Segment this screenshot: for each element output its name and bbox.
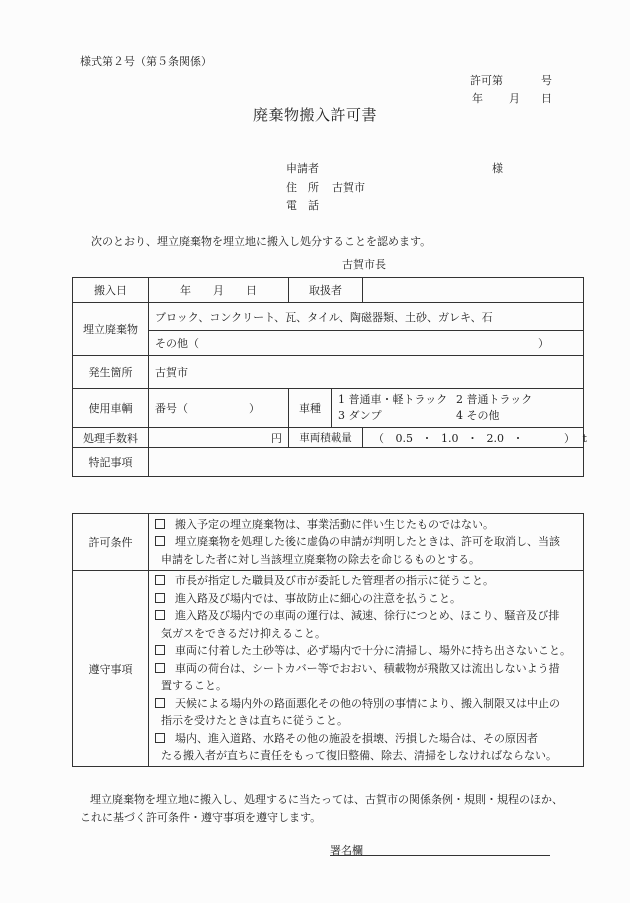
intro-text: 次のとおり、埋立廃棄物を埋立地に搬入し処分することを認めます。	[91, 233, 431, 249]
capacity-option-1-0[interactable]: 1.0	[441, 432, 459, 445]
notes-field[interactable]	[149, 448, 584, 477]
vehicle-type-option-4[interactable]: 4 その他	[456, 409, 500, 422]
pledge-line-2: これに基づく許可条件・遵守事項を遵守します。	[80, 809, 321, 825]
capacity-separator: ・	[467, 432, 478, 445]
rule-item[interactable]: 場内、進入道路、水路その他の施設を損壊、汚損した場合は、その原因者	[155, 730, 577, 748]
fee-label: 処理手数料	[73, 428, 149, 448]
issuer: 古賀市長	[342, 256, 386, 272]
condition-item[interactable]: 埋立廃棄物を処理した後に虚偽の申請が判明したときは、許可を取消し、当該	[155, 533, 577, 551]
vehicle-type-options[interactable]: 1 普通車・軽トラック2 普通トラック 3 ダンプ4 その他	[332, 389, 584, 428]
rule-item[interactable]: 天候による場内外の路面悪化その他の特別の事情により、搬入制限又は中止の	[155, 695, 577, 713]
checkbox-icon[interactable]	[155, 645, 165, 655]
conditions-label: 許可条件	[73, 514, 149, 571]
phone-label: 電 話	[286, 197, 319, 213]
condition-text: 搬入予定の埋立廃棄物は、事業活動に伴い生じたものではない。	[175, 518, 494, 531]
conditions-list: 搬入予定の埋立廃棄物は、事業活動に伴い生じたものではない。 埋立廃棄物を処理した…	[149, 514, 584, 571]
vehicle-label: 使用車輌	[73, 389, 149, 428]
permit-details-table: 搬入日 年 月 日 取扱者 埋立廃棄物 ブロック、コンクリート、瓦、タイル、陶磁…	[72, 277, 584, 477]
checkbox-icon[interactable]	[155, 593, 165, 603]
capacity-option-2-0[interactable]: 2.0	[487, 432, 505, 445]
form-number: 様式第２号（第５条関係）	[80, 53, 212, 69]
issue-date-month: 月	[509, 90, 520, 106]
rule-text: 車両に付着した土砂等は、必ず場内で十分に清掃し、場外に持ち出さないこと。	[175, 644, 571, 657]
rule-text-cont: 指示を受けたときは直ちに従うこと。	[155, 712, 577, 730]
vehicle-number-close: ）	[249, 400, 260, 416]
rule-text: 進入路及び場内では、事故防止に細心の注意を払うこと。	[175, 592, 461, 605]
waste-other-open: その他（	[155, 337, 199, 350]
capacity-separator: ・	[422, 432, 433, 445]
issue-date-year: 年	[472, 90, 483, 106]
vehicle-type-option-1[interactable]: 1 普通車・軽トラック	[338, 392, 456, 408]
notes-label: 特記事項	[73, 448, 149, 477]
pledge-line-1: 埋立廃棄物を埋立地に搬入し、処理するに当たっては、古賀市の関係条例・規則・規程の…	[90, 791, 563, 807]
rule-item[interactable]: 進入路及び場内での車両の運行は、減速、徐行につとめ、ほこり、騒音及び排	[155, 607, 577, 625]
checkbox-icon[interactable]	[155, 698, 165, 708]
vehicle-number-open: 番号（	[155, 402, 188, 415]
waste-types: ブロック、コンクリート、瓦、タイル、陶磁器類、土砂、ガレキ、石	[149, 303, 584, 331]
capacity-separator: ・	[513, 432, 524, 445]
origin-label: 発生箇所	[73, 356, 149, 389]
conditions-table: 許可条件 搬入予定の埋立廃棄物は、事業活動に伴い生じたものではない。 埋立廃棄物…	[72, 513, 584, 767]
vehicle-type-option-2[interactable]: 2 普通トラック	[456, 393, 532, 406]
waste-other-close: ）	[538, 335, 549, 351]
rule-item[interactable]: 車両に付着した土砂等は、必ず場内で十分に清掃し、場外に持ち出さないこと。	[155, 642, 577, 660]
capacity-open: （	[373, 432, 384, 445]
fee-unit: 円	[271, 432, 282, 445]
capacity-label: 車両積載量	[289, 428, 363, 448]
applicant-honorific: 様	[492, 160, 503, 176]
rule-text-cont: 置すること。	[155, 677, 577, 695]
condition-item[interactable]: 搬入予定の埋立廃棄物は、事業活動に伴い生じたものではない。	[155, 516, 577, 534]
capacity-close: ）	[564, 432, 575, 445]
permit-number-suffix: 号	[541, 72, 552, 88]
checkbox-icon[interactable]	[155, 610, 165, 620]
handler-field[interactable]	[363, 278, 584, 303]
condition-text-cont: 申請をした者に対し当該埋立廃棄物の除去を命じるものとする。	[155, 551, 577, 569]
fee-field[interactable]: 円	[149, 428, 289, 448]
rules-list: 市長が指定した職員及び市が委託した管理者の指示に従うこと。 進入路及び場内では、…	[149, 571, 584, 767]
rule-text-cont: 気ガスをできるだけ抑えること。	[155, 625, 577, 643]
rule-text: 天候による場内外の路面悪化その他の特別の事情により、搬入制限又は中止の	[175, 697, 560, 710]
checkbox-icon[interactable]	[155, 733, 165, 743]
rule-text: 進入路及び場内での車両の運行は、減速、徐行につとめ、ほこり、騒音及び排	[175, 609, 559, 622]
checkbox-icon[interactable]	[155, 536, 165, 546]
delivery-date-field[interactable]: 年 月 日	[149, 278, 289, 303]
capacity-unit: t	[583, 432, 587, 445]
checkbox-icon[interactable]	[155, 575, 165, 585]
address-label: 住 所	[286, 179, 319, 195]
condition-text: 埋立廃棄物を処理した後に虚偽の申請が判明したときは、許可を取消し、当該	[175, 535, 560, 548]
capacity-field[interactable]: （ 0.5 ・ 1.0 ・ 2.0 ・ ） t	[363, 428, 584, 448]
address-value: 古賀市	[332, 179, 365, 195]
applicant-label: 申請者	[286, 160, 319, 176]
issue-date-day: 日	[541, 90, 552, 106]
rule-text: 市長が指定した職員及び市が委託した管理者の指示に従うこと。	[175, 574, 494, 587]
checkbox-icon[interactable]	[155, 519, 165, 529]
rule-item[interactable]: 車両の荷台は、シートカバー等でおおい、積載物が飛散又は流出しないよう措	[155, 660, 577, 678]
waste-label: 埋立廃棄物	[73, 303, 149, 356]
vehicle-type-label: 車種	[289, 389, 332, 428]
vehicle-number-field[interactable]: 番号（ ）	[149, 389, 289, 428]
rule-item[interactable]: 市長が指定した職員及び市が委託した管理者の指示に従うこと。	[155, 572, 577, 590]
document-title: 廃棄物搬入許可書	[253, 104, 377, 125]
rule-text: 場内、進入道路、水路その他の施設を損壊、汚損した場合は、その原因者	[175, 732, 538, 745]
rule-text: 車両の荷台は、シートカバー等でおおい、積載物が飛散又は流出しないよう措	[175, 662, 560, 675]
capacity-option-0-5[interactable]: 0.5	[396, 432, 414, 445]
rule-item[interactable]: 進入路及び場内では、事故防止に細心の注意を払うこと。	[155, 590, 577, 608]
delivery-date-label: 搬入日	[73, 278, 149, 303]
handler-label: 取扱者	[289, 278, 363, 303]
rules-label: 遵守事項	[73, 571, 149, 767]
permit-number-label: 許可第	[470, 72, 503, 88]
origin-value[interactable]: 古賀市	[149, 356, 584, 389]
vehicle-type-option-3[interactable]: 3 ダンプ	[338, 408, 456, 424]
waste-other-field[interactable]: その他（ ）	[149, 331, 584, 356]
signature-line[interactable]	[330, 855, 550, 856]
checkbox-icon[interactable]	[155, 663, 165, 673]
rule-text-cont: たる搬入者が直ちに責任をもって復旧整備、除去、清掃をしなければならない。	[155, 747, 577, 765]
